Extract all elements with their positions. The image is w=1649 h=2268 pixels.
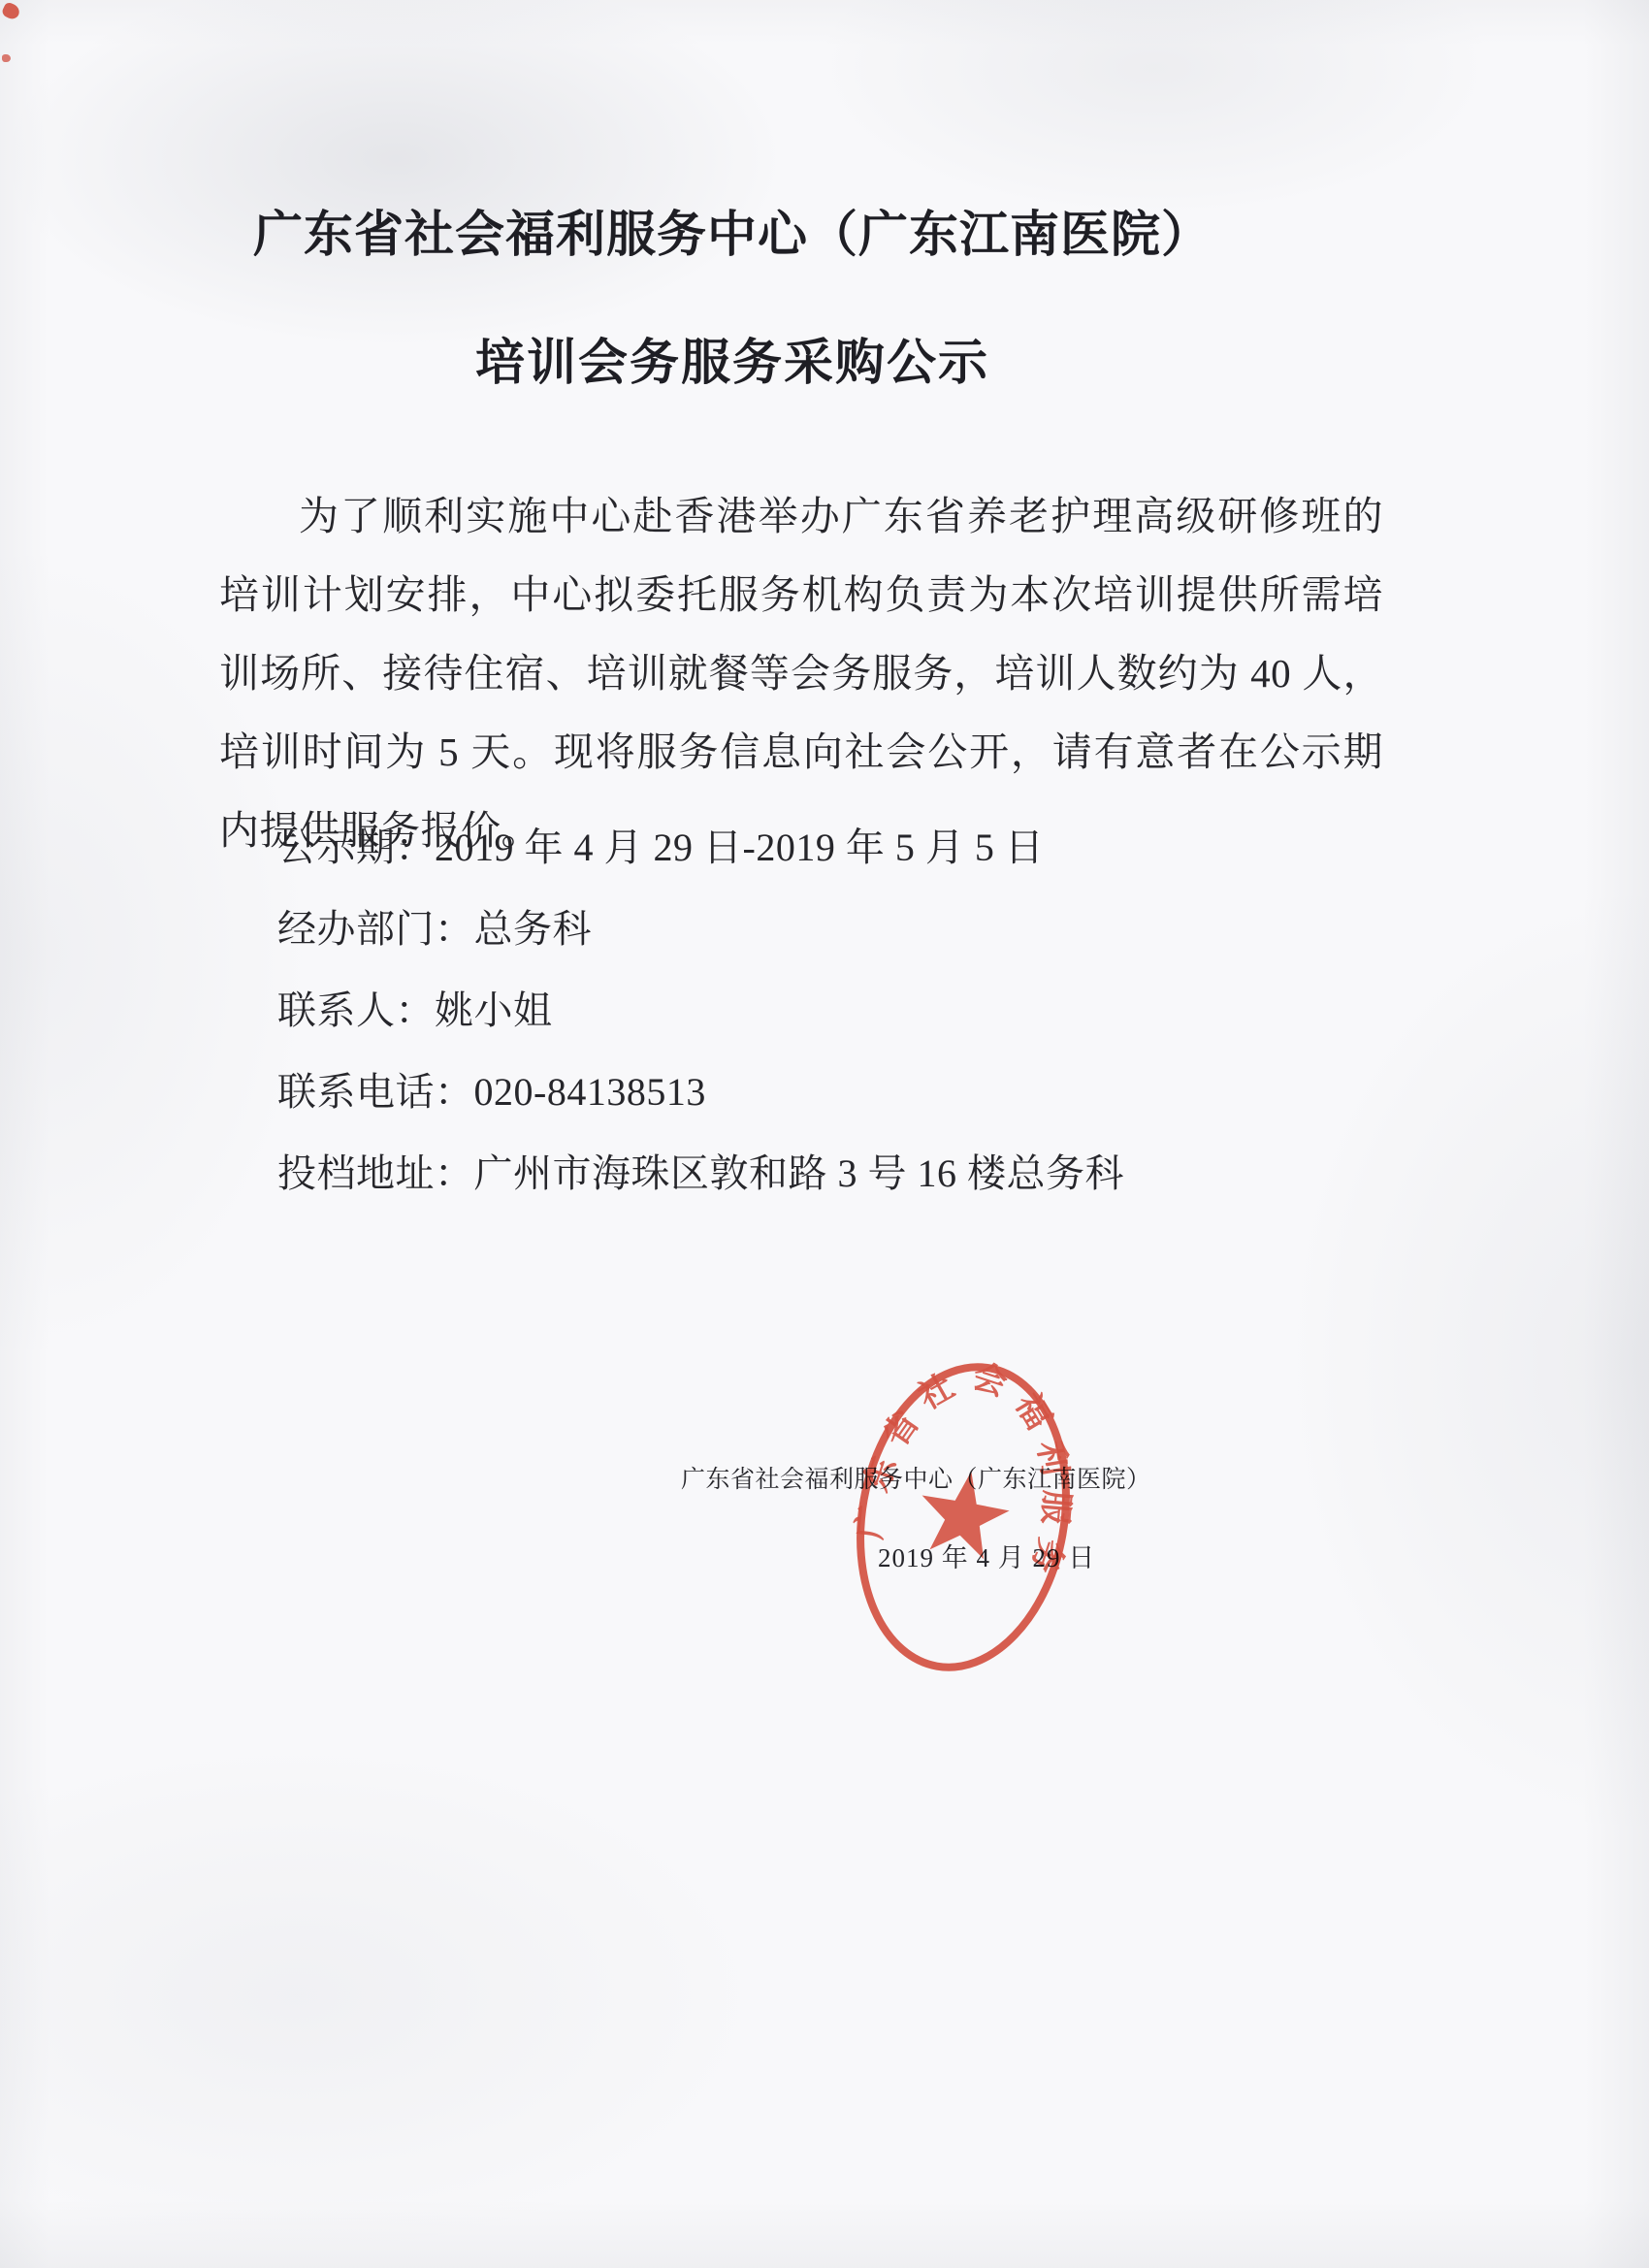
red-ink-speck	[1, 1, 22, 21]
official-seal-stamp: 广东省社会福利服务中心	[808, 1323, 1118, 1715]
info-line-public-period: 公示期：2019 年 4 月 29 日-2019 年 5 月 5 日	[277, 807, 1124, 889]
info-line-department: 经办部门：总务科	[277, 889, 1124, 970]
scanned-document-page: 广东省社会福利服务中心（广东江南医院） 培训会务服务采购公示 为了顺利实施中心赴…	[0, 0, 1649, 2268]
stamp-group: 广东省社会福利服务中心	[808, 1323, 1112, 1685]
stamp-ring-label: 广东省社会福利服务中心	[808, 1323, 1112, 1591]
document-title-line1: 广东省社会福利服务中心（广东江南医院）	[53, 194, 1411, 266]
star-icon	[913, 1464, 1015, 1562]
info-line-contact-person: 联系人：姚小姐	[277, 970, 1124, 1052]
red-ink-speck	[2, 54, 11, 62]
stamp-ring-text: 广东省社会福利服务中心	[808, 1323, 1112, 1591]
document-title-line2: 培训会务服务采购公示	[53, 322, 1411, 394]
info-block: 公示期：2019 年 4 月 29 日-2019 年 5 月 5 日 经办部门：…	[277, 807, 1124, 1215]
info-line-phone: 联系电话：020-84138513	[277, 1052, 1124, 1133]
info-line-address: 投档地址：广州市海珠区敦和路 3 号 16 楼总务科	[277, 1133, 1124, 1215]
